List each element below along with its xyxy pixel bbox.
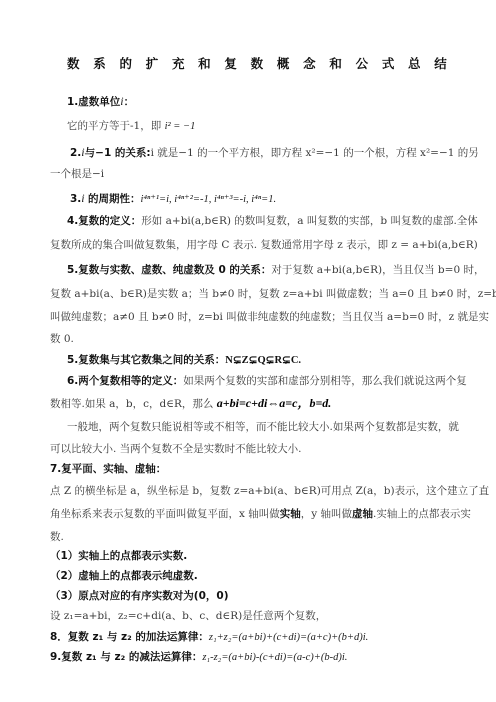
title-char: 和 xyxy=(329,54,342,72)
heading-text: 7.复平面、实轴、虚轴： xyxy=(50,463,166,475)
title-char: 系 xyxy=(93,54,106,72)
title-char: 的 xyxy=(119,54,132,72)
section-6-p2b: 可以比较大小. 当两个复数不全是实数时不能比较大小. xyxy=(50,442,302,456)
section-4-body2: 复数所成的集合叫做复数集，用字母 C 表示. 复数通常用字母 z 表示，即 z … xyxy=(50,238,478,252)
formula: N⊊Z⊊Q⊊R⊊C. xyxy=(225,355,301,366)
heading-text: 9.复数 z₁ 与 z₂ 的减法运算律： xyxy=(50,651,202,663)
heading-text: 5.复数集与其它数集之间的关系： xyxy=(67,354,225,366)
title-char: 和 xyxy=(198,54,211,72)
body-text: 它的平方等于-1，即 xyxy=(67,120,161,132)
section-2: 2.i与−1 的关系:i 就是−1 的一个平方根，即方程 x²=−1 的一个根，… xyxy=(70,145,479,160)
page-title: 数系的扩充和复数概念和公式总结 xyxy=(67,54,447,72)
title-char: 充 xyxy=(172,54,185,72)
section-5: 5.复数与实数、虚数、纯虚数及 0 的关系：对于复数 a+bi(a,b∈R)，当… xyxy=(67,263,484,277)
section-7-heading: 7.复平面、实轴、虚轴： xyxy=(50,462,166,476)
section-7-body3: 数. xyxy=(50,530,64,544)
section-7-item-3: （3）原点对应的有序实数对为(0，0) xyxy=(50,589,229,603)
formula: i² = −1 xyxy=(165,121,196,132)
formula: i⁴ⁿ⁺¹=i, i⁴ⁿ⁺²=-1, i⁴ⁿ⁺³=-i, i⁴ⁿ=1. xyxy=(140,194,276,205)
title-char: 数 xyxy=(251,54,264,72)
section-5-body3: 叫做纯虚数；a≠0 且 b≠0 时，z=bi 叫做非纯虚数的纯虚数；当且仅当 a… xyxy=(50,310,489,324)
text: ，y 轴叫做 xyxy=(301,508,352,520)
title-char: 总 xyxy=(408,54,421,72)
text: 角坐标系来表示复数的平面叫做复平面，x 轴叫做 xyxy=(50,508,280,520)
title-char: 式 xyxy=(382,54,395,72)
section-8: 8．复数 z₁ 与 z₂ 的加法运算律：z₁+z₂=(a+bi)+(c+di)=… xyxy=(50,630,368,645)
title-char: 念 xyxy=(303,54,316,72)
heading-text: 6.两个复数相等的定义： xyxy=(67,375,183,387)
bold-term: 实轴 xyxy=(280,508,301,520)
colon: ： xyxy=(124,96,135,108)
section-5-body4: 数 0. xyxy=(50,332,74,346)
section-9: 9.复数 z₁ 与 z₂ 的减法运算律：z₁-z₂=(a+bi)-(c+di)=… xyxy=(50,650,347,665)
section-1-body: 它的平方等于-1，即 i² = −1 xyxy=(67,119,195,134)
heading-text: 的周期性： xyxy=(88,193,141,205)
title-char: 公 xyxy=(356,54,369,72)
formula: a+bi=c+di⇔a=c，b=d. xyxy=(217,396,332,410)
formula: z₁-z₂=(a+bi)-(c+di)=(a-c)+(b-d)i. xyxy=(202,652,347,663)
bold-term: 虚轴 xyxy=(352,508,373,520)
heading-text: 5.复数与实数、虚数、纯虚数及 0 的关系： xyxy=(67,264,271,276)
body-text: 对于复数 a+bi(a,b∈R)，当且仅当 b=0 时， xyxy=(271,264,484,276)
section-7-body2: 角坐标系来表示复数的平面叫做复平面，x 轴叫做实轴，y 轴叫做虚轴.实轴上的点都… xyxy=(50,507,471,521)
body-text: 如果两个复数的实部和虚部分别相等，那么我们就说这两个复 xyxy=(183,375,467,387)
body-text: 数相等.如果 a，b，c，d∈R，那么 xyxy=(50,398,213,410)
title-char: 复 xyxy=(224,54,237,72)
section-1-heading: 1.虚数单位i： xyxy=(67,94,134,109)
title-char: 数 xyxy=(67,54,80,72)
text: .实轴上的点都表示实 xyxy=(373,508,471,520)
heading-text: 4.复数的定义： xyxy=(67,215,141,227)
section-7-item-1: （1）实轴上的点都表示实数. xyxy=(50,549,187,563)
heading-text: 1.虚数单位 xyxy=(67,96,120,108)
body-text: i 就是−1 的一个平方根，即方程 x²=−1 的一个根，方程 x²=−1 的另 xyxy=(151,147,479,159)
section-3: 3.i 的周期性：i⁴ⁿ⁺¹=i, i⁴ⁿ⁺²=-1, i⁴ⁿ⁺³=-i, i⁴… xyxy=(70,191,276,207)
body-text: 形如 a+bi(a,b∈R) 的数叫复数，a 叫复数的实部，b 叫复数的虚部.全… xyxy=(141,215,478,227)
formula: z₁+z₂=(a+bi)+(c+di)=(a+c)+(b+d)i. xyxy=(209,632,368,643)
section-4: 4.复数的定义：形如 a+bi(a,b∈R) 的数叫复数，a 叫复数的实部，b … xyxy=(67,214,478,228)
heading-text: 与−1 的关系: xyxy=(85,147,151,159)
title-char: 结 xyxy=(434,54,447,72)
heading-num: 3. xyxy=(70,193,81,205)
section-7-item-2: （2）虚轴上的点都表示纯虚数. xyxy=(50,569,198,583)
var-i: i xyxy=(81,191,84,205)
section-6-p2: 一般地，两个复数只能说相等或不相等，而不能比较大小.如果两个复数都是实数，就 xyxy=(67,420,459,434)
section-5-body2: 复数 a+bi(a、b∈R)是实数 a；当 b≠0 时，复数 z=a+bi 叫做… xyxy=(50,287,496,301)
section-2-body2: 一个根是−i xyxy=(50,167,104,181)
section-7-body: 点 Z 的横坐标是 a，纵坐标是 b，复数 z=a+bi(a、b∈R)可用点 Z… xyxy=(50,484,489,498)
heading-text: 8．复数 z₁ 与 z₂ 的加法运算律： xyxy=(50,631,209,643)
section-6-body2: 数相等.如果 a，b，c，d∈R，那么 a+bi=c+di⇔a=c，b=d. xyxy=(50,396,331,411)
title-char: 概 xyxy=(277,54,290,72)
section-7-setup: 设 z₁=a+bi，z₂=c+di(a、b、c、d∈R)是任意两个复数， xyxy=(50,609,326,623)
section-6: 6.两个复数相等的定义：如果两个复数的实部和虚部分别相等，那么我们就说这两个复 xyxy=(67,374,467,388)
section-5b: 5.复数集与其它数集之间的关系：N⊊Z⊊Q⊊R⊊C. xyxy=(67,353,301,368)
heading-num: 2. xyxy=(70,147,81,159)
title-char: 扩 xyxy=(146,54,159,72)
